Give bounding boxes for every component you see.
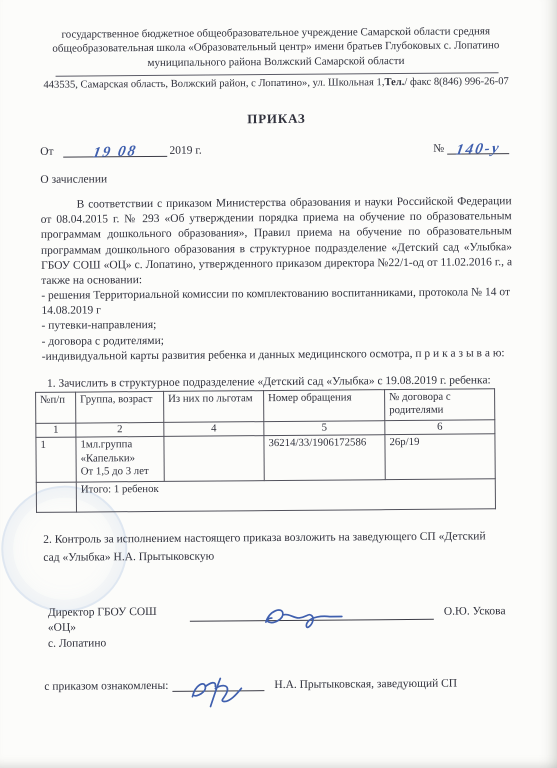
- basis-item: - решения Территориальной комиссии по ко…: [41, 285, 512, 319]
- cell-benefits: [164, 436, 264, 481]
- basis-list: - решения Территориальной комиссии по ко…: [41, 285, 513, 365]
- order-number-block: № 140-у: [433, 141, 509, 155]
- column-number: 1: [36, 423, 76, 438]
- date-block: От 19 08 2019 г.: [40, 143, 202, 157]
- column-number: 6: [385, 420, 495, 435]
- document-content: государственное бюджетное общеобразовате…: [0, 0, 557, 768]
- organization-address: 443535, Самарская область, Волжский райо…: [0, 76, 555, 91]
- column-number: 4: [164, 422, 264, 437]
- number-label: №: [433, 143, 444, 155]
- group-line: 1мл.группа: [80, 438, 159, 452]
- document-title: ПРИКАЗ: [0, 109, 555, 129]
- group-line: От 1,5 до 3 лет: [81, 465, 160, 479]
- date-prefix-label: От: [40, 146, 53, 158]
- director-signature-row: Директор ГБОУ СОШ «ОЦ» с. Лопатино О.Ю. …: [48, 602, 519, 652]
- col-header-group: Группа, возраст: [76, 391, 164, 423]
- address-phone: / факс 8(846) 996-26-07: [404, 76, 509, 88]
- order-item-2: 2. Контроль за исполнением настоящего пр…: [43, 527, 500, 567]
- director-signature-line: [190, 602, 434, 621]
- director-title-line: с. Лопатино: [48, 635, 184, 652]
- ack-name: Н.А. Прытыковская, заведующий СП: [274, 678, 457, 691]
- col-header-benefits: Из них по льготам: [164, 391, 264, 423]
- cell-contract-number: 26р/19: [385, 434, 495, 479]
- column-number: 5: [264, 421, 385, 436]
- handwritten-date: 19 08: [92, 145, 138, 159]
- col-header-request: Номер обращения: [264, 390, 385, 422]
- total-empty-cell: [36, 482, 76, 512]
- col-header-contract: № договора с родителями: [385, 389, 495, 421]
- basis-item: -индивидуальной карты развития ребенка и…: [42, 346, 513, 365]
- handwritten-order-number: 140-у: [455, 142, 501, 156]
- director-title-line: Директор ГБОУ СОШ «ОЦ»: [48, 604, 184, 636]
- organization-name: государственное бюджетное общеобразовате…: [41, 24, 510, 71]
- ack-signature-line: [172, 676, 264, 692]
- table-total-row: Итого: 1 ребенок: [36, 479, 495, 513]
- total-label: Итого: 1 ребенок: [76, 479, 495, 512]
- col-header-num: №п/п: [36, 392, 76, 423]
- scanned-order-page: государственное бюджетное общеобразовате…: [0, 0, 557, 768]
- director-signature-ink: [252, 603, 372, 634]
- number-blank-line: 140-у: [447, 141, 509, 155]
- preamble-paragraph: В соответствии с приказом Министерства о…: [41, 194, 513, 289]
- director-name: О.Ю. Ускова: [444, 602, 506, 617]
- cell-request-number: 36214/33/1906172586: [264, 435, 385, 480]
- cell-group: 1мл.группа «Капельки» От 1,5 до 3 лет: [76, 437, 164, 482]
- acknowledgement-row: с приказом ознакомлены: Н.А. Прытыковска…: [44, 674, 557, 693]
- date-and-number-row: От 19 08 2019 г. № 140-у: [40, 141, 509, 158]
- enrollment-table: №п/п Группа, возраст Из них по льготам Н…: [35, 388, 496, 513]
- order-subject: О зачислении: [40, 170, 555, 186]
- address-phone-label: Тел.: [384, 77, 404, 88]
- address-text: 443535, Самарская область, Волжский райо…: [43, 77, 384, 91]
- order-item-1: 1. Зачислить в структурное подразделение…: [47, 374, 529, 390]
- table-header-row: №п/п Группа, возраст Из них по льготам Н…: [36, 389, 495, 424]
- year-label: 2019 г.: [169, 145, 201, 157]
- ack-signature-ink: [186, 676, 250, 711]
- column-number: 2: [76, 422, 164, 437]
- cell-row-number: 1: [36, 438, 76, 483]
- table-row: 1 1мл.группа «Капельки» От 1,5 до 3 лет …: [36, 434, 495, 482]
- date-blank-line: 19 08: [63, 144, 167, 158]
- director-title: Директор ГБОУ СОШ «ОЦ» с. Лопатино: [48, 604, 184, 652]
- group-line: «Капельки»: [81, 452, 160, 466]
- ack-label: с приказом ознакомлены:: [44, 680, 168, 693]
